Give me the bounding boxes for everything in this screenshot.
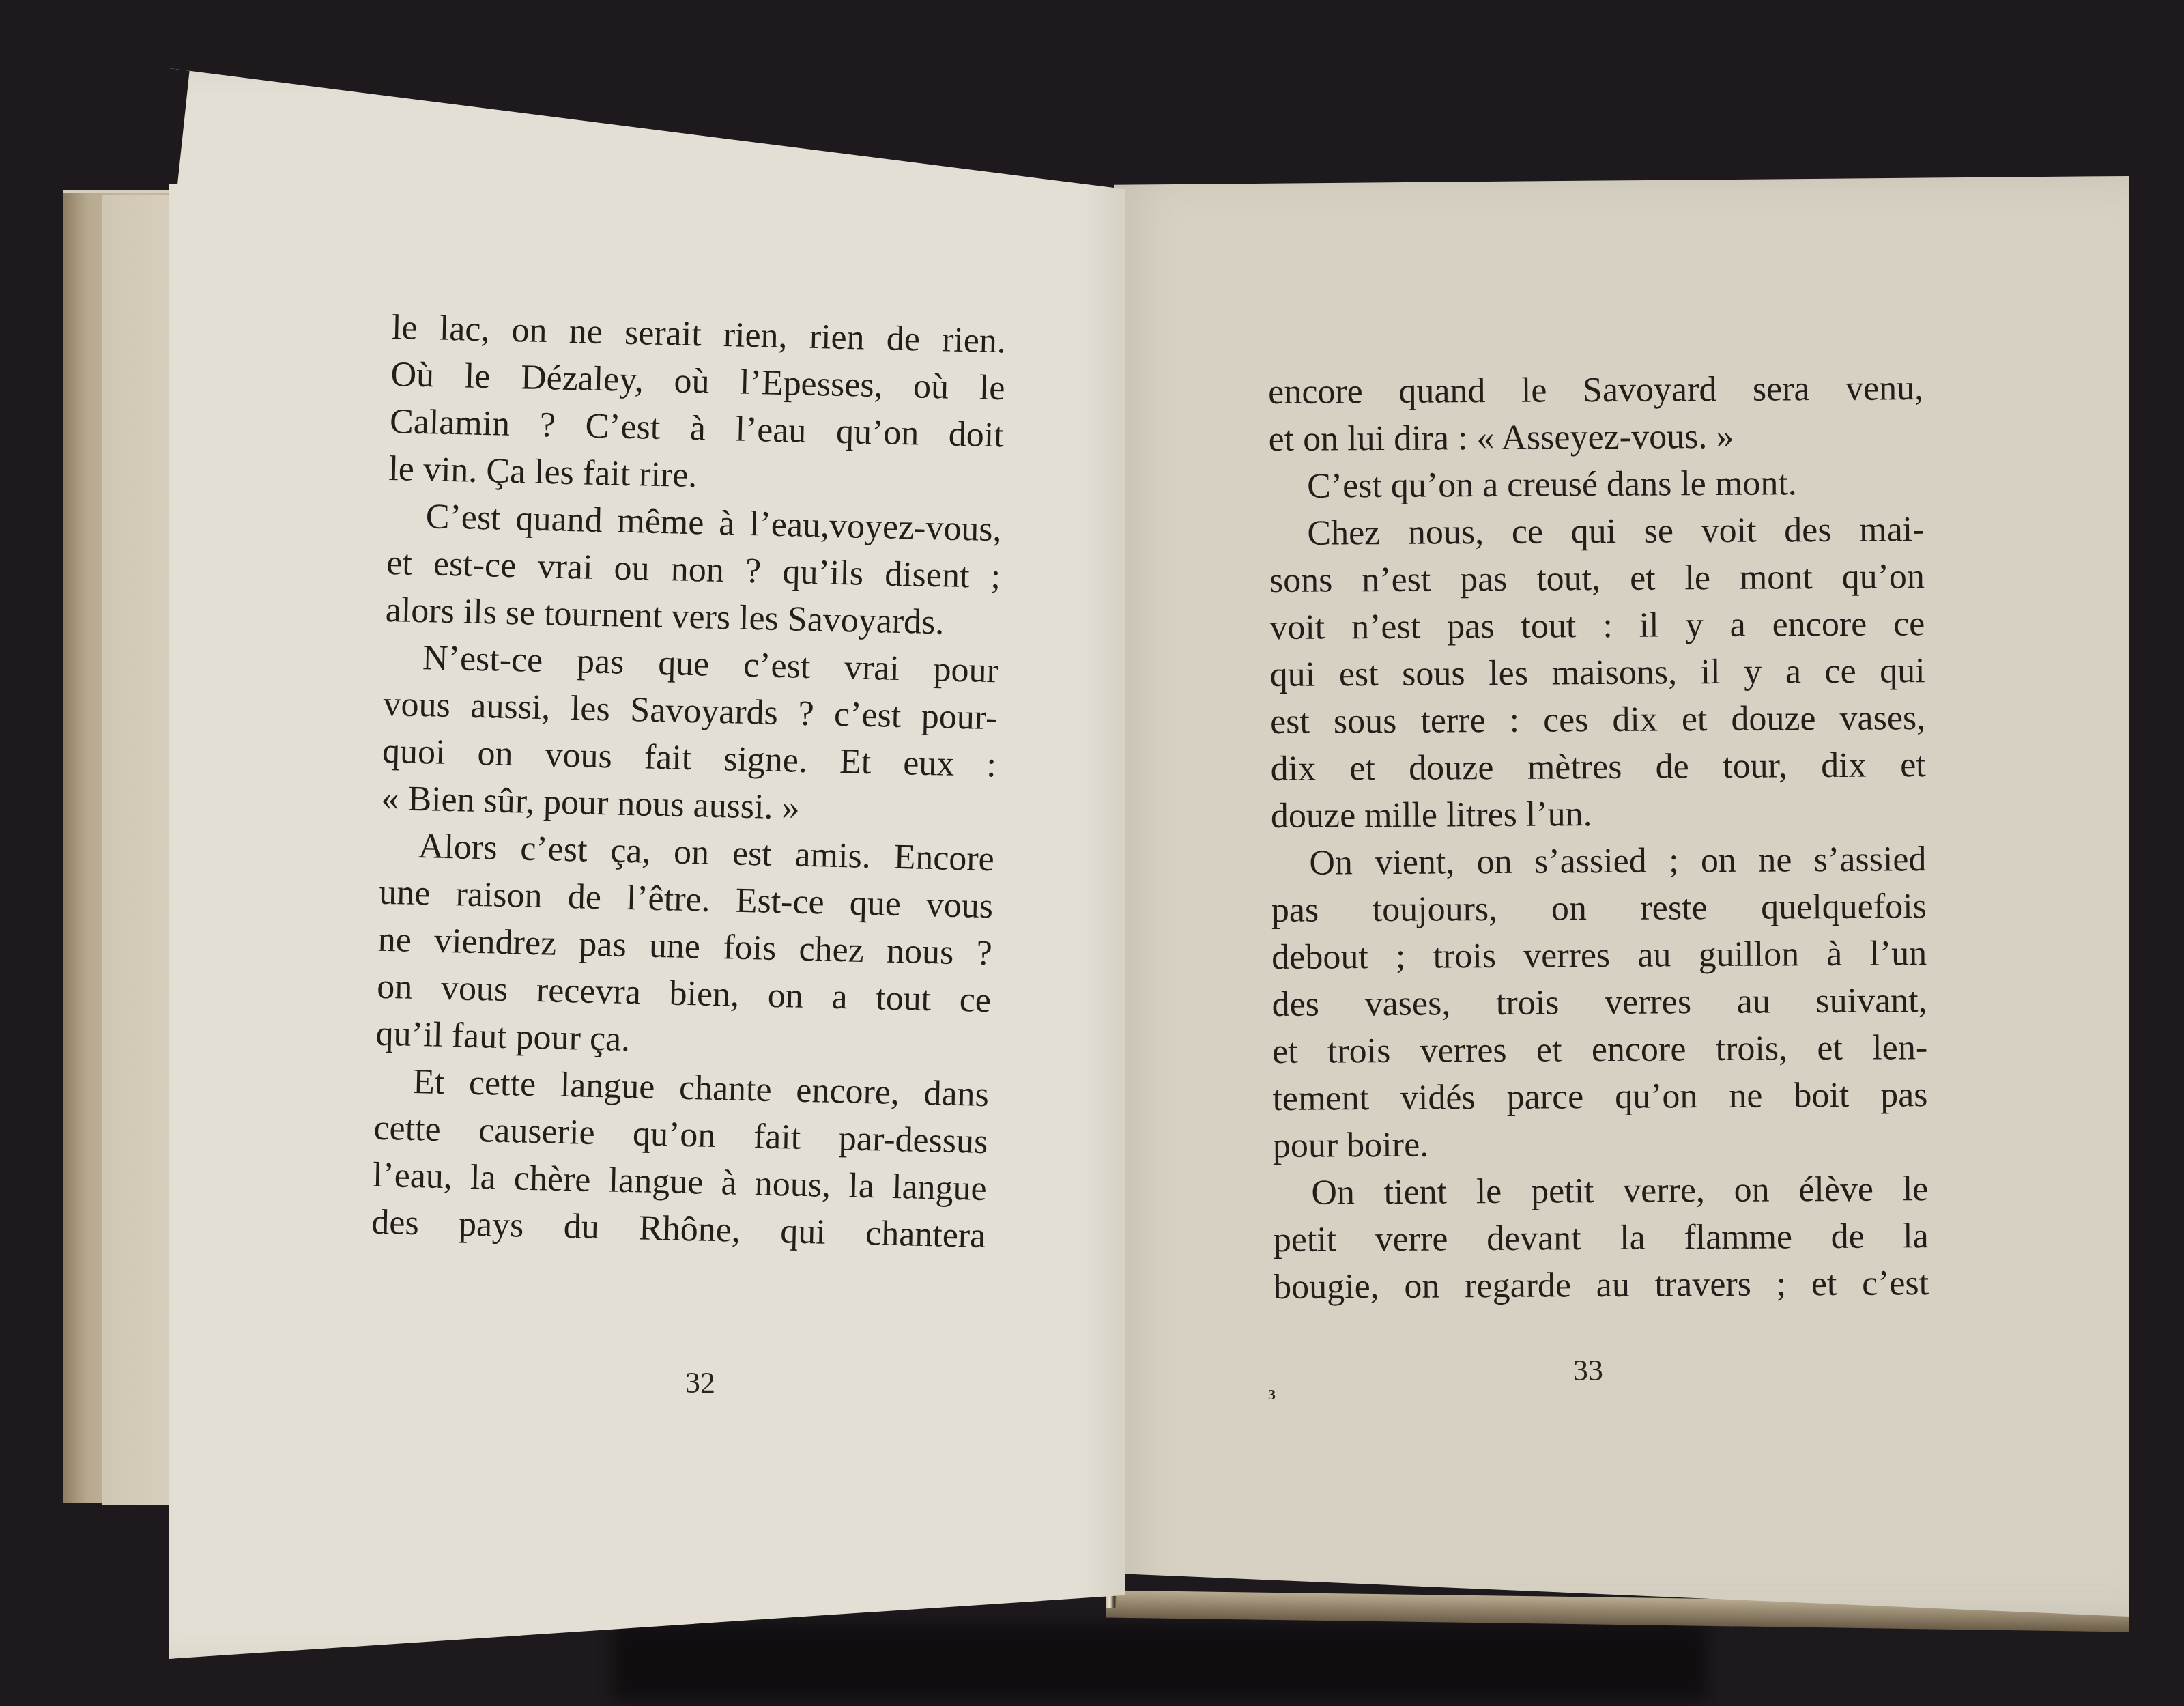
text-line: C’est qu’on a creusé dans le mont. bbox=[1269, 459, 1924, 510]
text-line: encore quand le Savoyard sera venu, bbox=[1268, 365, 1923, 416]
text-line: douze mille litres l’un. bbox=[1271, 788, 1926, 840]
text-line: sons n’est pas tout, et le mont qu’on bbox=[1269, 553, 1925, 604]
text-line: est sous terre : ces dix et douze vases, bbox=[1270, 694, 1925, 745]
text-line: pas toujours, on reste quelquefois bbox=[1271, 883, 1927, 934]
text-line: et trois verres et encore trois, et len- bbox=[1272, 1024, 1927, 1075]
text-line: Chez nous, ce qui se voit des mai- bbox=[1269, 506, 1924, 557]
signature-mark: 3 bbox=[1268, 1386, 1276, 1404]
text-line: petit verre devant la flamme de la bbox=[1274, 1212, 1929, 1264]
text-line: pour boire. bbox=[1273, 1118, 1928, 1169]
page-number-right: 33 bbox=[1573, 1353, 1603, 1388]
text-line: On tient le petit verre, on élève le bbox=[1273, 1165, 1928, 1217]
text-line: voit n’est pas tout : il y a encore ce bbox=[1269, 600, 1925, 651]
page-number-left: 32 bbox=[685, 1365, 715, 1400]
photo-scene: le lac, on ne serait rien, rien de rien.… bbox=[0, 0, 2184, 1706]
left-page-text: le lac, on ne serait rien, rien de rien.… bbox=[371, 304, 1007, 1260]
text-line: tement vidés parce qu’on ne boit pas bbox=[1272, 1071, 1927, 1122]
text-line: bougie, on regarde au travers ; et c’est bbox=[1274, 1260, 1929, 1311]
text-line: dix et douze mètres de tour, dix et bbox=[1270, 741, 1925, 793]
text-line: On vient, on s’assied ; on ne s’assied bbox=[1271, 836, 1926, 887]
text-line: qui est sous les maisons, il y a ce qui bbox=[1270, 647, 1925, 698]
book-shadow bbox=[614, 1625, 1706, 1700]
text-line: des vases, trois verres au suivant, bbox=[1271, 977, 1927, 1028]
right-page-text: encore quand le Savoyard sera venu, et o… bbox=[1268, 365, 1929, 1311]
text-line: et on lui dira : « Asseyez-vous. » bbox=[1268, 412, 1923, 463]
text-line: debout ; trois verres au guillon à l’un bbox=[1271, 930, 1927, 981]
